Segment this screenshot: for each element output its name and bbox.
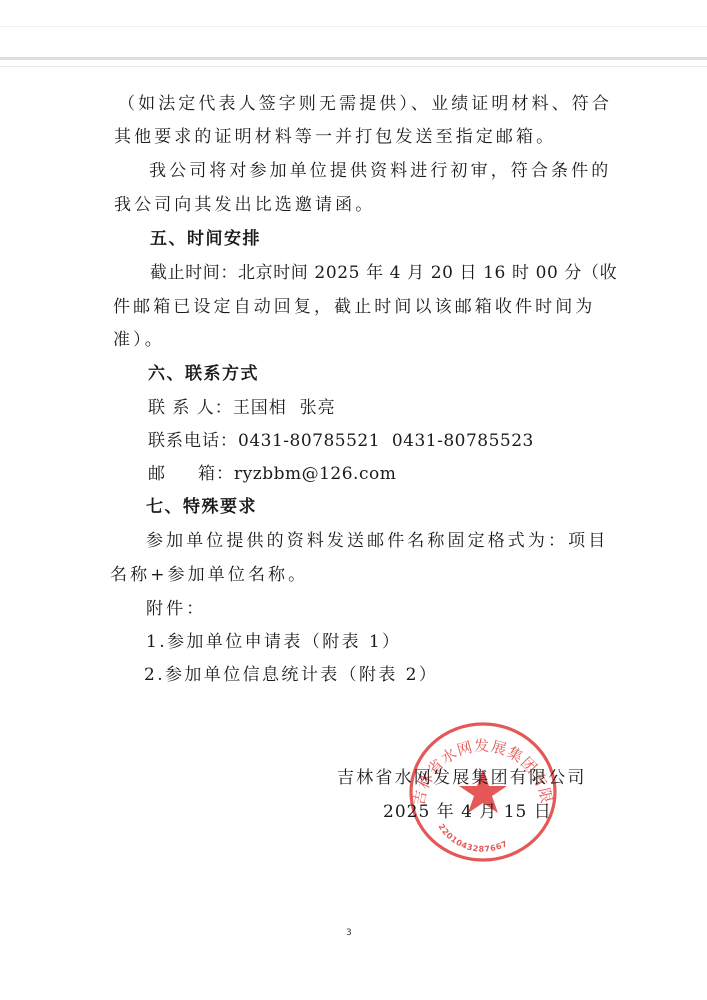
- phone-label: 联系电话：: [148, 431, 238, 451]
- review-line-2: 我公司向其发出比选邀请函。: [114, 195, 375, 215]
- svg-text:2201043287667: 2201043287667: [436, 822, 509, 854]
- signature-company: 吉林省水网发展集团有限公司: [337, 763, 587, 788]
- continuation-line-1: （如法定代表人签字则无需提供）、业绩证明材料、符合: [118, 94, 612, 114]
- contact-person-value: 王国相 张亮: [233, 398, 336, 418]
- official-seal-stamp: 吉林省水网发展集团有限公司 2201043287667: [392, 714, 572, 862]
- section-heading-contact: 六、联系方式: [148, 364, 259, 384]
- review-line-1: 我公司将对参加单位提供资料进行初审，符合条件的: [149, 161, 611, 181]
- email-row: 邮 箱：ryzbbm@126.com: [148, 464, 396, 484]
- header-rule-thick: [0, 57, 707, 60]
- deadline-line-1: 截止时间：北京时间 2025 年 4 月 20 日 16 时 00 分（收: [150, 263, 617, 283]
- section-heading-special: 七、特殊要求: [146, 497, 257, 517]
- header-rule-under: [0, 66, 707, 67]
- deadline-line-3: 准）。: [113, 330, 165, 350]
- contact-person-label: 联 系 人：: [148, 398, 233, 418]
- section-heading-time: 五、时间安排: [150, 229, 261, 249]
- phone-row: 联系电话：0431-80785521 0431-80785523: [148, 431, 534, 451]
- stamp-code: 2201043287667: [436, 822, 509, 854]
- attachment-item-2: 2.参加单位信息统计表（附表 2）: [144, 665, 438, 685]
- special-line-2: 名称+参加单位名称。: [110, 565, 308, 585]
- email-value: ryzbbm@126.com: [234, 464, 396, 484]
- continuation-line-2: 其他要求的证明材料等一并打包发送至指定邮箱。: [114, 127, 556, 147]
- attachment-item-1: 1.参加单位申请表（附表 1）: [146, 632, 401, 652]
- special-line-1: 参加单位提供的资料发送邮件名称固定格式为：项目: [146, 531, 608, 551]
- page-number: 3: [346, 928, 352, 938]
- email-label: 邮 箱：: [148, 464, 234, 484]
- signature-date: 2025 年 4 月 15 日: [383, 797, 552, 822]
- contact-person-row: 联 系 人：王国相 张亮: [148, 398, 336, 418]
- deadline-line-2: 件邮箱已设定自动回复，截止时间以该邮箱收件时间为: [113, 297, 595, 317]
- phone-value: 0431-80785521 0431-80785523: [238, 431, 534, 451]
- header-rule-thin: [0, 26, 707, 27]
- attachments-label: 附件：: [146, 599, 206, 619]
